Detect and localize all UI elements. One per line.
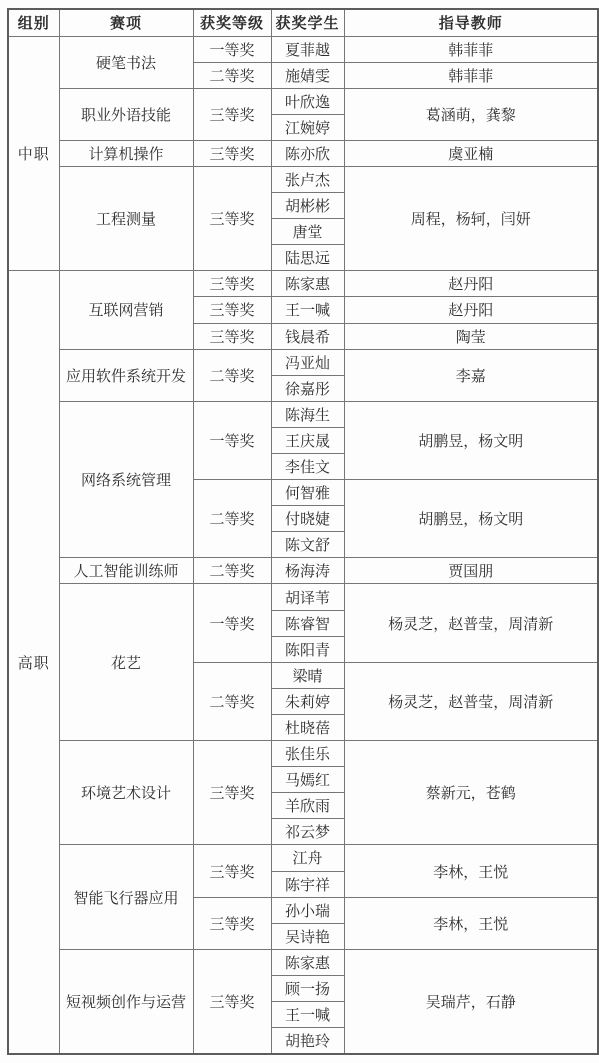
cell-award-level: 三等奖 bbox=[193, 323, 271, 349]
cell-student: 陈海生 bbox=[271, 401, 344, 427]
cell-teacher: 虞亚楠 bbox=[344, 140, 598, 166]
table-header: 组别赛项获奖等级获奖学生指导教师 bbox=[8, 9, 598, 36]
cell-competition: 短视频创作与运营 bbox=[59, 949, 193, 1054]
table-row: 花艺一等奖胡译苇杨灵芝，赵普莹，周清新 bbox=[8, 584, 598, 610]
awards-table: 组别赛项获奖等级获奖学生指导教师 中职硬笔书法一等奖夏菲越韩菲菲二等奖施婧雯韩菲… bbox=[7, 8, 599, 1055]
cell-group: 高职 bbox=[8, 271, 59, 1054]
cell-award-level: 一等奖 bbox=[193, 584, 271, 662]
cell-teacher: 韩菲菲 bbox=[344, 36, 598, 62]
cell-competition: 职业外语技能 bbox=[59, 88, 193, 140]
cell-student: 杜晓蓓 bbox=[271, 714, 344, 740]
cell-student: 朱莉婷 bbox=[271, 688, 344, 714]
cell-student: 付晓婕 bbox=[271, 506, 344, 532]
cell-teacher: 葛涵萌，龚黎 bbox=[344, 88, 598, 140]
cell-award-level: 三等奖 bbox=[193, 741, 271, 845]
cell-competition: 计算机操作 bbox=[59, 140, 193, 166]
table-row: 职业外语技能三等奖叶欣逸葛涵萌，龚黎 bbox=[8, 88, 598, 114]
cell-award-level: 三等奖 bbox=[193, 140, 271, 166]
cell-student: 吴诗艳 bbox=[271, 923, 344, 949]
header-cell: 指导教师 bbox=[344, 9, 598, 36]
cell-student: 冯亚灿 bbox=[271, 349, 344, 375]
cell-student: 陆思远 bbox=[271, 245, 344, 271]
table-row: 短视频创作与运营三等奖陈家惠吴瑞芹，石静 bbox=[8, 949, 598, 975]
cell-award-level: 二等奖 bbox=[193, 662, 271, 740]
cell-student: 何智雅 bbox=[271, 480, 344, 506]
table-row: 环境艺术设计三等奖张佳乐蔡新元，苍鹤 bbox=[8, 741, 598, 767]
cell-competition: 应用软件系统开发 bbox=[59, 349, 193, 401]
cell-student: 陈家惠 bbox=[271, 949, 344, 975]
table-row: 工程测量三等奖张卢杰周程，杨轲，闫妍 bbox=[8, 166, 598, 192]
cell-award-level: 二等奖 bbox=[193, 558, 271, 584]
cell-student: 徐嘉彤 bbox=[271, 375, 344, 401]
cell-student: 江婉婷 bbox=[271, 114, 344, 140]
cell-award-level: 三等奖 bbox=[193, 88, 271, 140]
cell-teacher: 韩菲菲 bbox=[344, 62, 598, 88]
cell-award-level: 一等奖 bbox=[193, 401, 271, 479]
table-row: 中职硬笔书法一等奖夏菲越韩菲菲 bbox=[8, 36, 598, 62]
cell-student: 陈宇祥 bbox=[271, 871, 344, 897]
cell-teacher: 杨灵芝，赵普莹，周清新 bbox=[344, 584, 598, 662]
cell-teacher: 李林，王悦 bbox=[344, 845, 598, 897]
cell-student: 王庆晟 bbox=[271, 427, 344, 453]
cell-student: 叶欣逸 bbox=[271, 88, 344, 114]
cell-teacher: 李嘉 bbox=[344, 349, 598, 401]
table-row: 应用软件系统开发二等奖冯亚灿李嘉 bbox=[8, 349, 598, 375]
cell-student: 张卢杰 bbox=[271, 166, 344, 192]
cell-teacher: 赵丹阳 bbox=[344, 297, 598, 323]
cell-student: 杨海涛 bbox=[271, 558, 344, 584]
cell-student: 钱晨希 bbox=[271, 323, 344, 349]
cell-teacher: 赵丹阳 bbox=[344, 271, 598, 297]
cell-teacher: 陶莹 bbox=[344, 323, 598, 349]
page: 组别赛项获奖等级获奖学生指导教师 中职硬笔书法一等奖夏菲越韩菲菲二等奖施婧雯韩菲… bbox=[0, 0, 599, 1063]
cell-award-level: 三等奖 bbox=[193, 297, 271, 323]
table-body: 中职硬笔书法一等奖夏菲越韩菲菲二等奖施婧雯韩菲菲职业外语技能三等奖叶欣逸葛涵萌，… bbox=[8, 36, 598, 1054]
table-row: 计算机操作三等奖陈亦欣虞亚楠 bbox=[8, 140, 598, 166]
cell-competition: 花艺 bbox=[59, 584, 193, 741]
cell-teacher: 李林，王悦 bbox=[344, 897, 598, 949]
cell-teacher: 吴瑞芹，石静 bbox=[344, 949, 598, 1054]
cell-group: 中职 bbox=[8, 36, 59, 271]
table-row: 高职互联网营销三等奖陈家惠赵丹阳 bbox=[8, 271, 598, 297]
cell-award-level: 二等奖 bbox=[193, 349, 271, 401]
cell-student: 陈文舒 bbox=[271, 532, 344, 558]
cell-teacher: 胡鹏昱，杨文明 bbox=[344, 401, 598, 479]
cell-student: 胡艳玲 bbox=[271, 1028, 344, 1054]
cell-student: 陈家惠 bbox=[271, 271, 344, 297]
header-cell: 获奖学生 bbox=[271, 9, 344, 36]
header-cell: 赛项 bbox=[59, 9, 193, 36]
cell-student: 祁云梦 bbox=[271, 819, 344, 845]
cell-student: 胡彬彬 bbox=[271, 193, 344, 219]
cell-student: 顾一扬 bbox=[271, 975, 344, 1001]
cell-student: 马嫣红 bbox=[271, 767, 344, 793]
cell-student: 王一喊 bbox=[271, 1001, 344, 1027]
header-row: 组别赛项获奖等级获奖学生指导教师 bbox=[8, 9, 598, 36]
cell-student: 江舟 bbox=[271, 845, 344, 871]
cell-award-level: 三等奖 bbox=[193, 845, 271, 897]
cell-competition: 互联网营销 bbox=[59, 271, 193, 349]
cell-award-level: 二等奖 bbox=[193, 62, 271, 88]
cell-teacher: 蔡新元，苍鹤 bbox=[344, 741, 598, 845]
table-row: 人工智能训练师二等奖杨海涛贾国朋 bbox=[8, 558, 598, 584]
cell-competition: 环境艺术设计 bbox=[59, 741, 193, 845]
cell-student: 施婧雯 bbox=[271, 62, 344, 88]
cell-teacher: 周程，杨轲，闫妍 bbox=[344, 166, 598, 270]
cell-teacher: 贾国朋 bbox=[344, 558, 598, 584]
cell-student: 王一喊 bbox=[271, 297, 344, 323]
cell-student: 羊欣雨 bbox=[271, 793, 344, 819]
cell-student: 张佳乐 bbox=[271, 741, 344, 767]
cell-award-level: 一等奖 bbox=[193, 36, 271, 62]
table-row: 网络系统管理一等奖陈海生胡鹏昱，杨文明 bbox=[8, 401, 598, 427]
cell-award-level: 二等奖 bbox=[193, 480, 271, 558]
cell-student: 夏菲越 bbox=[271, 36, 344, 62]
cell-competition: 网络系统管理 bbox=[59, 401, 193, 558]
header-cell: 获奖等级 bbox=[193, 9, 271, 36]
cell-student: 陈阳青 bbox=[271, 636, 344, 662]
cell-competition: 人工智能训练师 bbox=[59, 558, 193, 584]
cell-teacher: 杨灵芝，赵普莹，周清新 bbox=[344, 662, 598, 740]
cell-competition: 智能飞行器应用 bbox=[59, 845, 193, 949]
cell-competition: 工程测量 bbox=[59, 166, 193, 270]
table-row: 智能飞行器应用三等奖江舟李林，王悦 bbox=[8, 845, 598, 871]
cell-award-level: 三等奖 bbox=[193, 166, 271, 270]
cell-student: 胡译苇 bbox=[271, 584, 344, 610]
cell-student: 唐堂 bbox=[271, 219, 344, 245]
header-cell: 组别 bbox=[8, 9, 59, 36]
cell-award-level: 三等奖 bbox=[193, 897, 271, 949]
cell-student: 李佳文 bbox=[271, 454, 344, 480]
cell-award-level: 三等奖 bbox=[193, 271, 271, 297]
cell-teacher: 胡鹏昱，杨文明 bbox=[344, 480, 598, 558]
cell-student: 孙小瑞 bbox=[271, 897, 344, 923]
cell-student: 陈睿智 bbox=[271, 610, 344, 636]
cell-student: 陈亦欣 bbox=[271, 140, 344, 166]
cell-student: 梁晴 bbox=[271, 662, 344, 688]
cell-competition: 硬笔书法 bbox=[59, 36, 193, 88]
cell-award-level: 三等奖 bbox=[193, 949, 271, 1054]
